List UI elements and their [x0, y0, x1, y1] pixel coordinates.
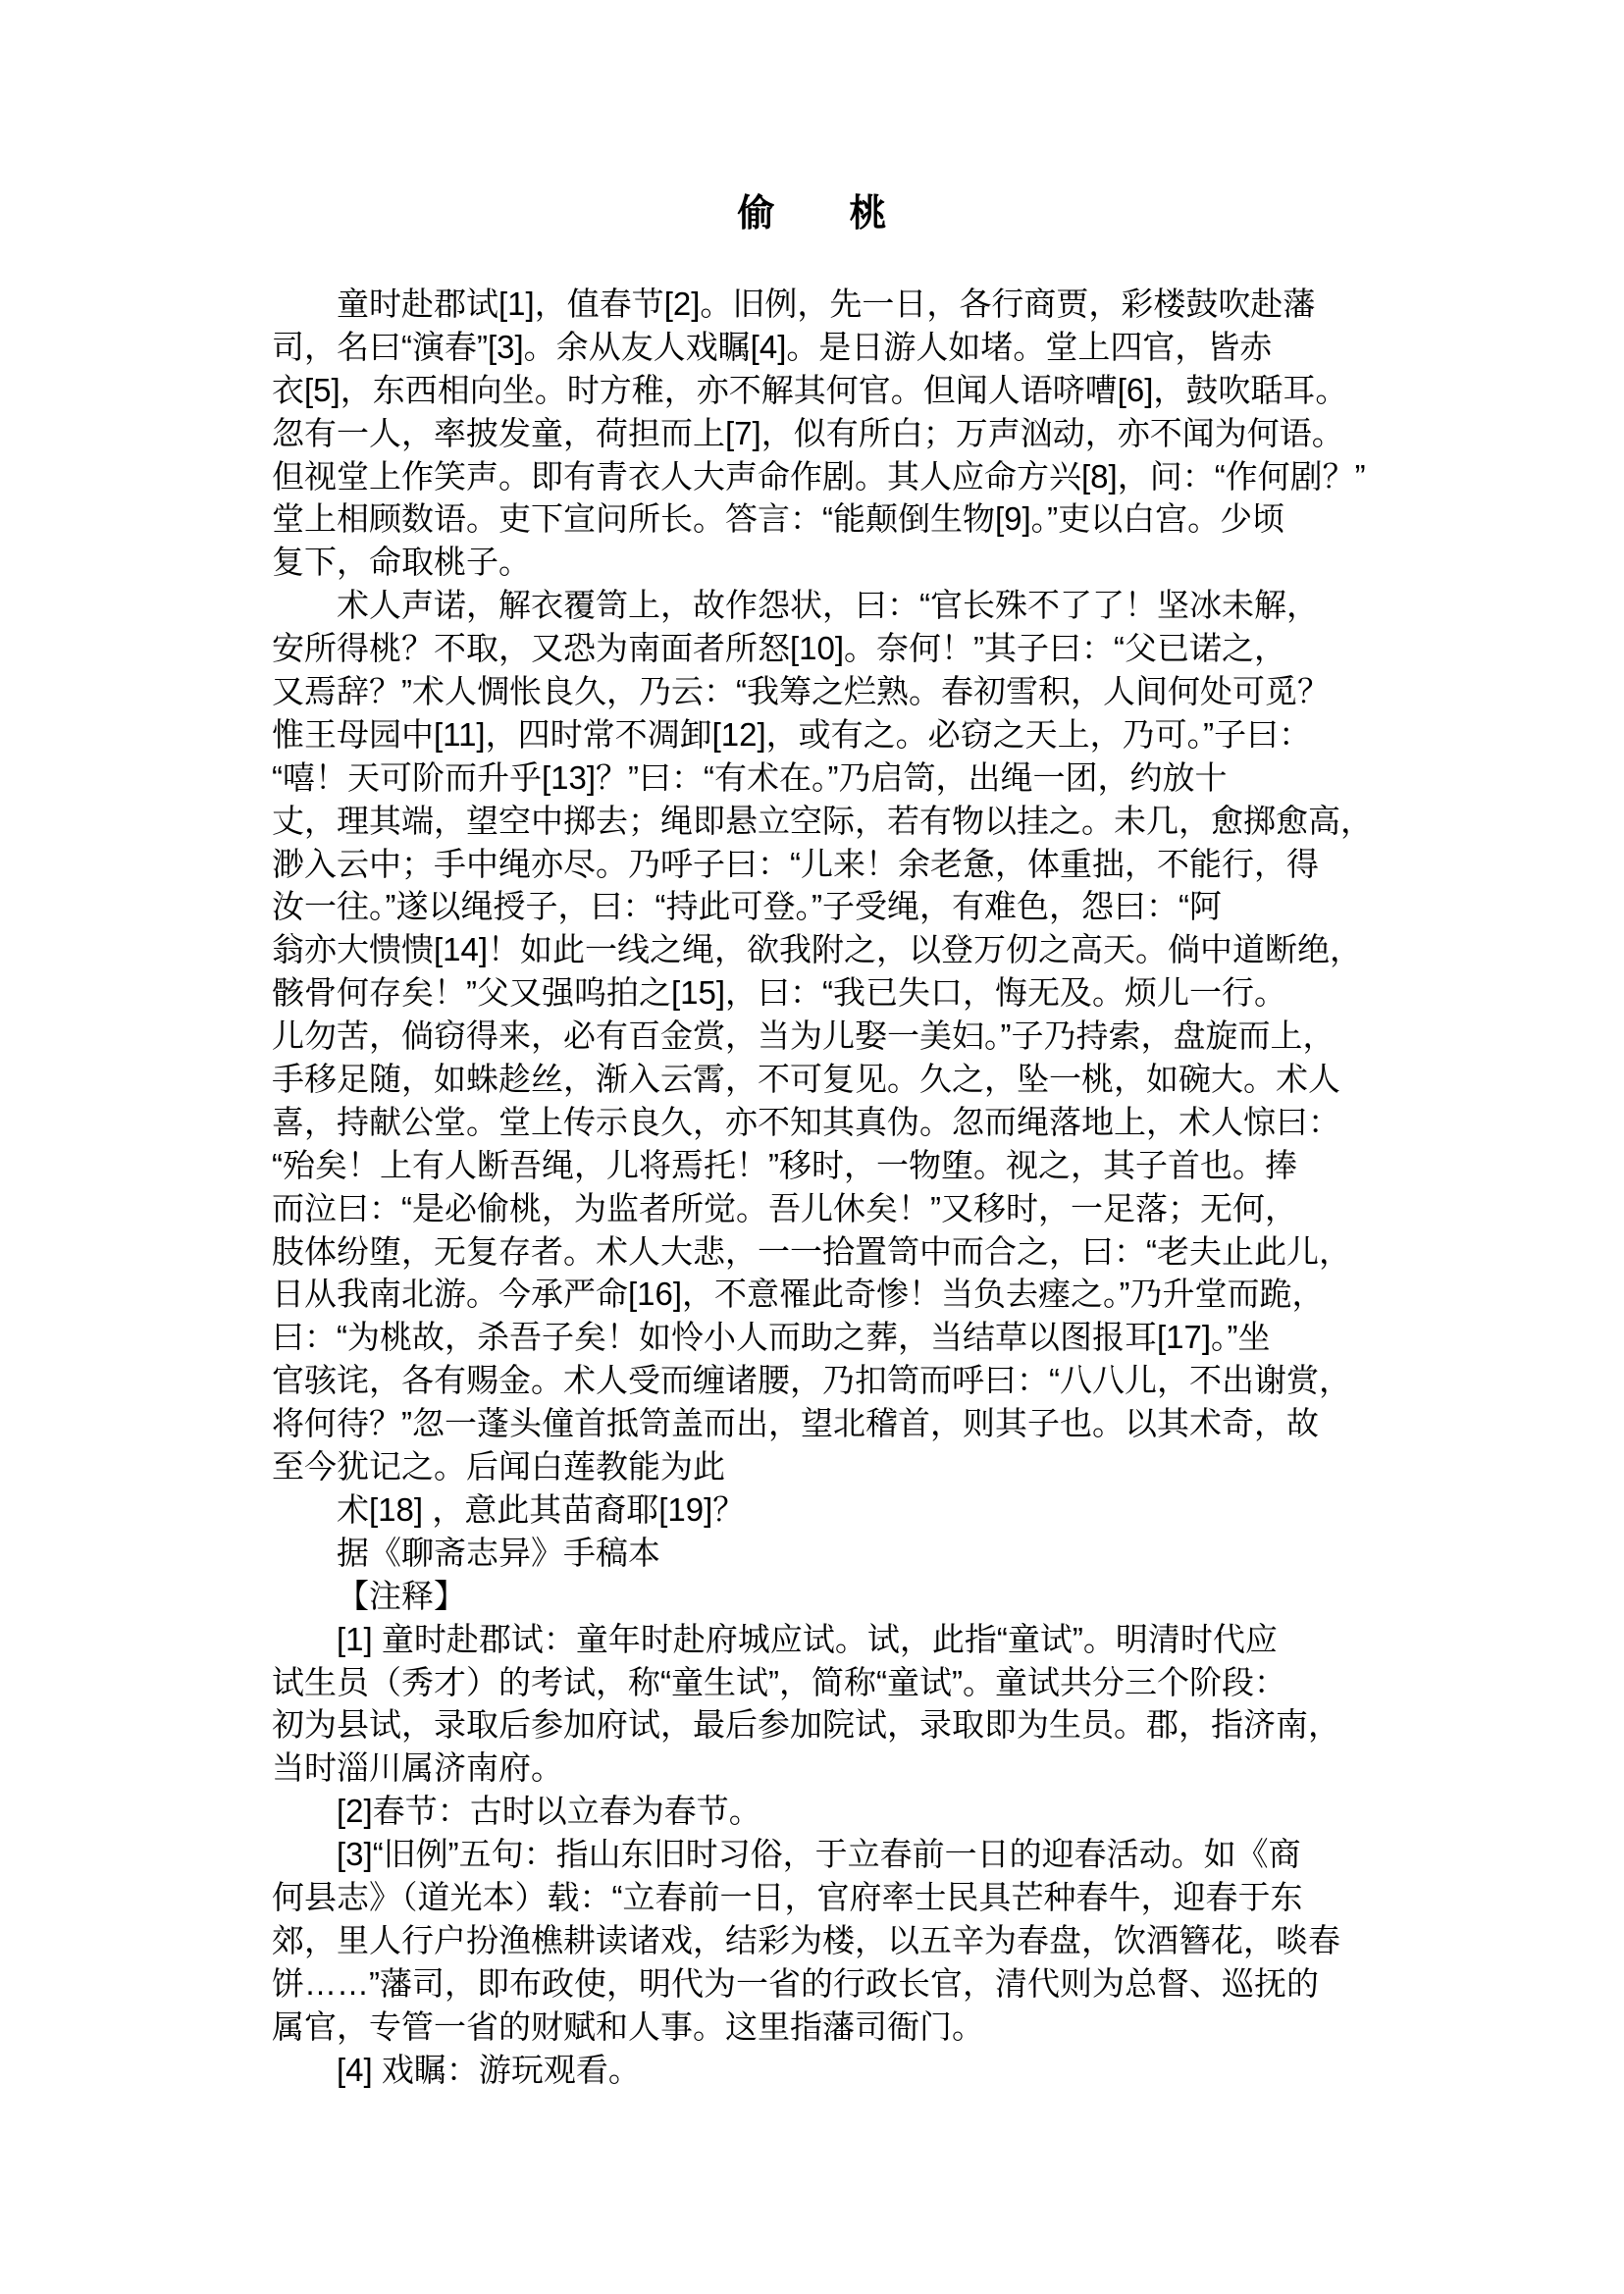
text-line: 骸骨何存矣！”父又强呜拍之[15]，曰：“我已失口，悔无及。烦儿一行。 [272, 971, 1381, 1015]
text-line: 郊，里人行户扮渔樵耕读诸戏，结彩为楼，以五辛为春盘，饮酒簪花，啖春 [272, 1919, 1381, 1962]
text-line: 何县志》（道光本）载：“立春前一日，官府率士民具芒种春牛，迎春于东 [272, 1876, 1381, 1919]
document-page: 偷 桃 童时赴郡试[1]，值春节[2]。旧例，先一日，各行商贾，彩楼鼓吹赴藩司，… [0, 0, 1624, 2294]
text-line: 复下，命取桃子。 [272, 541, 1381, 584]
page-title: 偷 桃 [0, 192, 1624, 237]
text-line: 日从我南北游。今承严命[16]，不意罹此奇惨！当负去瘗之。”乃升堂而跪， [272, 1273, 1381, 1316]
text-line: 【注释】 [272, 1575, 1381, 1618]
text-line: 肢体纷堕，无复存者。术人大悲，一一拾置笥中而合之，曰：“老夫止此儿， [272, 1230, 1381, 1274]
text-line: 堂上相顾数语。吏下宣问所长。答言：“能颠倒生物[9]。”吏以白宫。少顷 [272, 497, 1381, 541]
text-line: 试生员（秀才）的考试，称“童生试”，简称“童试”。童试共分三个阶段： [272, 1661, 1381, 1704]
text-line: 汝一往。”遂以绳授子，曰：“持此可登。”子受绳，有难色，怨曰：“阿 [272, 885, 1381, 928]
text-line: 将何待？”忽一蓬头僮首抵笥盖而出，望北稽首，则其子也。以其术奇，故 [272, 1402, 1381, 1445]
text-line: 术[18] ，意此其苗裔耶[19]？ [272, 1488, 1381, 1532]
text-line: 据《聊斋志异》手稿本 [272, 1532, 1381, 1575]
text-line: 司，名曰“演春”[3]。余从友人戏瞩[4]。是日游人如堵。堂上四官，皆赤 [272, 326, 1381, 369]
text-line: 安所得桃？不取，又恐为南面者所怒[10]。奈何！”其子曰：“父已诺之， [272, 627, 1381, 670]
text-line: 饼……”藩司，即布政使，明代为一省的行政长官，清代则为总督、巡抚的 [272, 1962, 1381, 2006]
text-line: 忽有一人，率披发童，荷担而上[7]，似有所白；万声汹动，亦不闻为何语。 [272, 412, 1381, 455]
text-line: 儿勿苦，倘窃得来，必有百金赏，当为儿娶一美妇。”子乃持索，盘旋而上， [272, 1015, 1381, 1058]
text-line: 但视堂上作笑声。即有青衣人大声命作剧。其人应命方兴[8]，问：“作何剧？” [272, 455, 1381, 498]
text-line: 惟王母园中[11]，四时常不凋卸[12]，或有之。必窃之天上，乃可。”子曰： [272, 713, 1381, 756]
document-body: 童时赴郡试[1]，值春节[2]。旧例，先一日，各行商贾，彩楼鼓吹赴藩司，名曰“演… [272, 283, 1381, 2091]
text-line: 官骇诧，各有赐金。术人受而缠诸腰，乃扣笥而呼曰：“八八儿，不出谢赏， [272, 1359, 1381, 1402]
text-line: 而泣曰：“是必偷桃，为监者所觉。吾儿休矣！”又移时，一足落；无何， [272, 1187, 1381, 1230]
text-line: “嘻！天可阶而升乎[13]？”曰：“有术在。”乃启笥，出绳一团，约放十 [272, 756, 1381, 800]
text-line: 术人声诺，解衣覆笥上，故作怨状，曰：“官长殊不了了！坚冰未解， [272, 584, 1381, 627]
text-line: [1] 童时赴郡试：童年时赴府城应试。试，此指“童试”。明清时代应 [272, 1618, 1381, 1661]
text-line: 又焉辞？”术人惆怅良久，乃云：“我筹之烂熟。春初雪积，人间何处可觅？ [272, 670, 1381, 713]
text-line: [3]“旧例”五句：指山东旧时习俗，于立春前一日的迎春活动。如《商 [272, 1833, 1381, 1876]
text-line: “殆矣！上有人断吾绳，儿将焉托！”移时，一物堕。视之，其子首也。捧 [272, 1144, 1381, 1187]
text-line: 渺入云中；手中绳亦尽。乃呼子曰：“儿来！余老惫，体重拙，不能行，得 [272, 843, 1381, 886]
text-line: 属官，专管一省的财赋和人事。这里指藩司衙门。 [272, 2006, 1381, 2049]
text-line: 喜，持献公堂。堂上传示良久，亦不知其真伪。忽而绳落地上，术人惊曰： [272, 1101, 1381, 1144]
text-line: 曰：“为桃故，杀吾子矣！如怜小人而助之葬，当结草以图报耳[17]。”坐 [272, 1316, 1381, 1359]
text-line: 手移足随，如蛛趁丝，渐入云霄，不可复见。久之，坠一桃，如碗大。术人 [272, 1058, 1381, 1101]
text-line: 翁亦大愦愦[14]！如此一线之绳，欲我附之，以登万仞之高天。倘中道断绝， [272, 928, 1381, 971]
text-line: 丈，理其端，望空中掷去；绳即悬立空际，若有物以挂之。未几，愈掷愈高， [272, 800, 1381, 843]
text-line: 当时淄川属济南府。 [272, 1747, 1381, 1790]
text-line: 童时赴郡试[1]，值春节[2]。旧例，先一日，各行商贾，彩楼鼓吹赴藩 [272, 283, 1381, 326]
text-line: 衣[5]，东西相向坐。时方稚，亦不解其何官。但闻人语哜嘈[6]，鼓吹聒耳。 [272, 369, 1381, 412]
text-line: [4] 戏瞩：游玩观看。 [272, 2049, 1381, 2092]
text-line: 至今犹记之。后闻白莲教能为此 [272, 1445, 1381, 1488]
text-line: 初为县试，录取后参加府试，最后参加院试，录取即为生员。郡，指济南， [272, 1703, 1381, 1747]
text-line: [2]春节：古时以立春为春节。 [272, 1790, 1381, 1833]
